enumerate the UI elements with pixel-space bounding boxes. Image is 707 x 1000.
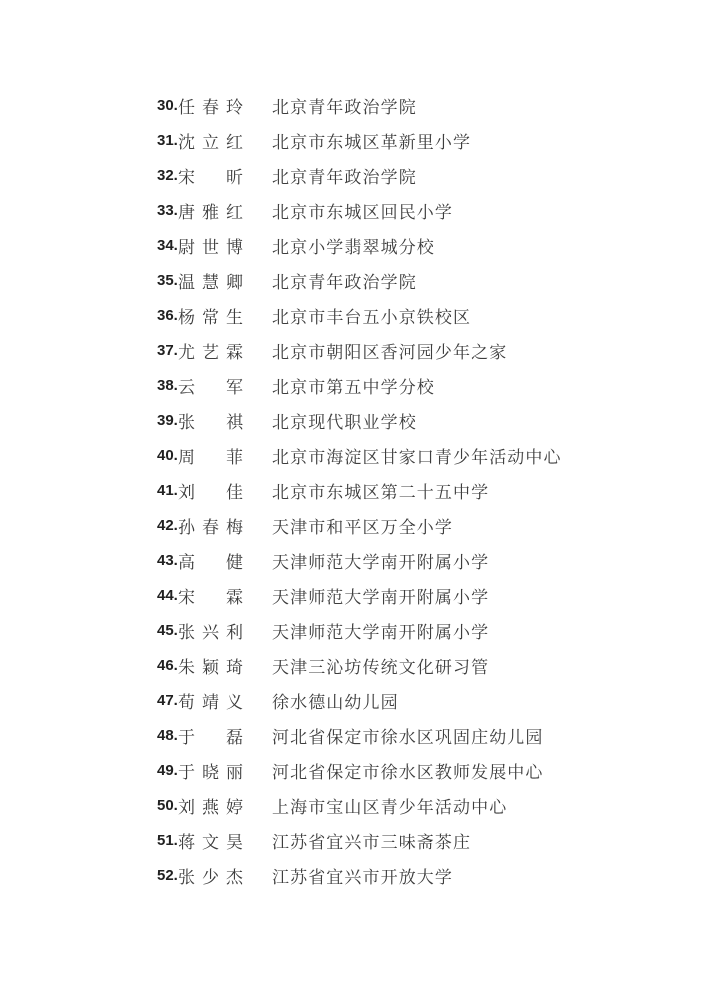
item-number: 39.	[157, 412, 178, 429]
list-item: 35.温慧卿北京青年政治学院	[157, 263, 562, 298]
list-item: 40.周 菲北京市海淀区甘家口青少年活动中心	[157, 438, 562, 473]
list-item: 41.刘 佳北京市东城区第二十五中学	[157, 473, 562, 508]
institution-name: 天津市和平区万全小学	[272, 513, 453, 538]
institution-name: 北京青年政治学院	[272, 93, 417, 118]
item-number: 37.	[157, 342, 178, 359]
item-number: 36.	[157, 307, 178, 324]
list-item: 49.于晓丽河北省保定市徐水区教师发展中心	[157, 753, 562, 788]
person-name: 朱颖琦	[178, 653, 243, 678]
institution-name: 北京市丰台五小京铁校区	[272, 303, 471, 328]
document-page: 30.任春玲北京青年政治学院31.沈立红北京市东城区革新里小学32.宋 昕北京青…	[0, 0, 707, 1000]
institution-name: 河北省保定市徐水区教师发展中心	[272, 758, 544, 783]
institution-name: 天津师范大学南开附属小学	[272, 583, 489, 608]
institution-name: 北京市朝阳区香河园少年之家	[272, 338, 507, 363]
institution-name: 徐水德山幼儿园	[272, 688, 399, 713]
list-item: 48.于 磊河北省保定市徐水区巩固庄幼儿园	[157, 718, 562, 753]
item-number: 46.	[157, 657, 178, 674]
item-number: 32.	[157, 167, 178, 184]
list-item: 32.宋 昕北京青年政治学院	[157, 158, 562, 193]
item-number: 45.	[157, 622, 178, 639]
person-name: 刘燕婷	[178, 793, 243, 818]
list-item: 46.朱颖琦天津三沁坊传统文化研习管	[157, 648, 562, 683]
person-name: 张 祺	[178, 408, 243, 433]
list-item: 38.云 军北京市第五中学分校	[157, 368, 562, 403]
list-item: 34.尉世博北京小学翡翠城分校	[157, 228, 562, 263]
item-number: 35.	[157, 272, 178, 289]
person-name: 宋 霖	[178, 583, 243, 608]
institution-name: 天津师范大学南开附属小学	[272, 548, 489, 573]
list-item: 39.张 祺北京现代职业学校	[157, 403, 562, 438]
institution-name: 上海市宝山区青少年活动中心	[272, 793, 507, 818]
item-number: 31.	[157, 132, 178, 149]
item-number: 49.	[157, 762, 178, 779]
institution-name: 北京市东城区第二十五中学	[272, 478, 489, 503]
person-name: 唐雅红	[178, 198, 243, 223]
list-item: 52.张少杰江苏省宜兴市开放大学	[157, 858, 562, 893]
list-item: 50.刘燕婷上海市宝山区青少年活动中心	[157, 788, 562, 823]
item-number: 40.	[157, 447, 178, 464]
name-list: 30.任春玲北京青年政治学院31.沈立红北京市东城区革新里小学32.宋 昕北京青…	[157, 88, 562, 893]
item-number: 33.	[157, 202, 178, 219]
person-name: 尉世博	[178, 233, 243, 258]
institution-name: 江苏省宜兴市三味斋茶庄	[272, 828, 471, 853]
person-name: 孙春梅	[178, 513, 243, 538]
person-name: 张少杰	[178, 863, 243, 888]
person-name: 蒋文昊	[178, 828, 243, 853]
person-name: 宋 昕	[178, 163, 243, 188]
item-number: 48.	[157, 727, 178, 744]
item-number: 50.	[157, 797, 178, 814]
person-name: 任春玲	[178, 93, 243, 118]
person-name: 刘 佳	[178, 478, 243, 503]
person-name: 高 健	[178, 548, 243, 573]
list-item: 51.蒋文昊江苏省宜兴市三味斋茶庄	[157, 823, 562, 858]
institution-name: 江苏省宜兴市开放大学	[272, 863, 453, 888]
institution-name: 北京市第五中学分校	[272, 373, 435, 398]
institution-name: 河北省保定市徐水区巩固庄幼儿园	[272, 723, 544, 748]
institution-name: 北京青年政治学院	[272, 268, 417, 293]
list-item: 44.宋 霖天津师范大学南开附属小学	[157, 578, 562, 613]
institution-name: 北京小学翡翠城分校	[272, 233, 435, 258]
list-item: 36.杨常生北京市丰台五小京铁校区	[157, 298, 562, 333]
person-name: 温慧卿	[178, 268, 243, 293]
item-number: 34.	[157, 237, 178, 254]
person-name: 于晓丽	[178, 758, 243, 783]
item-number: 41.	[157, 482, 178, 499]
institution-name: 北京现代职业学校	[272, 408, 417, 433]
institution-name: 天津师范大学南开附属小学	[272, 618, 489, 643]
person-name: 沈立红	[178, 128, 243, 153]
item-number: 51.	[157, 832, 178, 849]
institution-name: 天津三沁坊传统文化研习管	[272, 653, 489, 678]
item-number: 44.	[157, 587, 178, 604]
person-name: 荀靖义	[178, 688, 243, 713]
list-item: 47.荀靖义徐水德山幼儿园	[157, 683, 562, 718]
list-item: 43.高 健天津师范大学南开附属小学	[157, 543, 562, 578]
list-item: 37.尤艺霖北京市朝阳区香河园少年之家	[157, 333, 562, 368]
institution-name: 北京市东城区革新里小学	[272, 128, 471, 153]
person-name: 杨常生	[178, 303, 243, 328]
list-item: 45.张兴利天津师范大学南开附属小学	[157, 613, 562, 648]
item-number: 52.	[157, 867, 178, 884]
list-item: 30.任春玲北京青年政治学院	[157, 88, 562, 123]
person-name: 周 菲	[178, 443, 243, 468]
institution-name: 北京市东城区回民小学	[272, 198, 453, 223]
person-name: 张兴利	[178, 618, 243, 643]
institution-name: 北京市海淀区甘家口青少年活动中心	[272, 443, 562, 468]
list-item: 33.唐雅红北京市东城区回民小学	[157, 193, 562, 228]
list-item: 42.孙春梅天津市和平区万全小学	[157, 508, 562, 543]
list-item: 31.沈立红北京市东城区革新里小学	[157, 123, 562, 158]
institution-name: 北京青年政治学院	[272, 163, 417, 188]
item-number: 42.	[157, 517, 178, 534]
item-number: 38.	[157, 377, 178, 394]
person-name: 于 磊	[178, 723, 243, 748]
item-number: 43.	[157, 552, 178, 569]
person-name: 尤艺霖	[178, 338, 243, 363]
item-number: 30.	[157, 97, 178, 114]
item-number: 47.	[157, 692, 178, 709]
person-name: 云 军	[178, 373, 243, 398]
